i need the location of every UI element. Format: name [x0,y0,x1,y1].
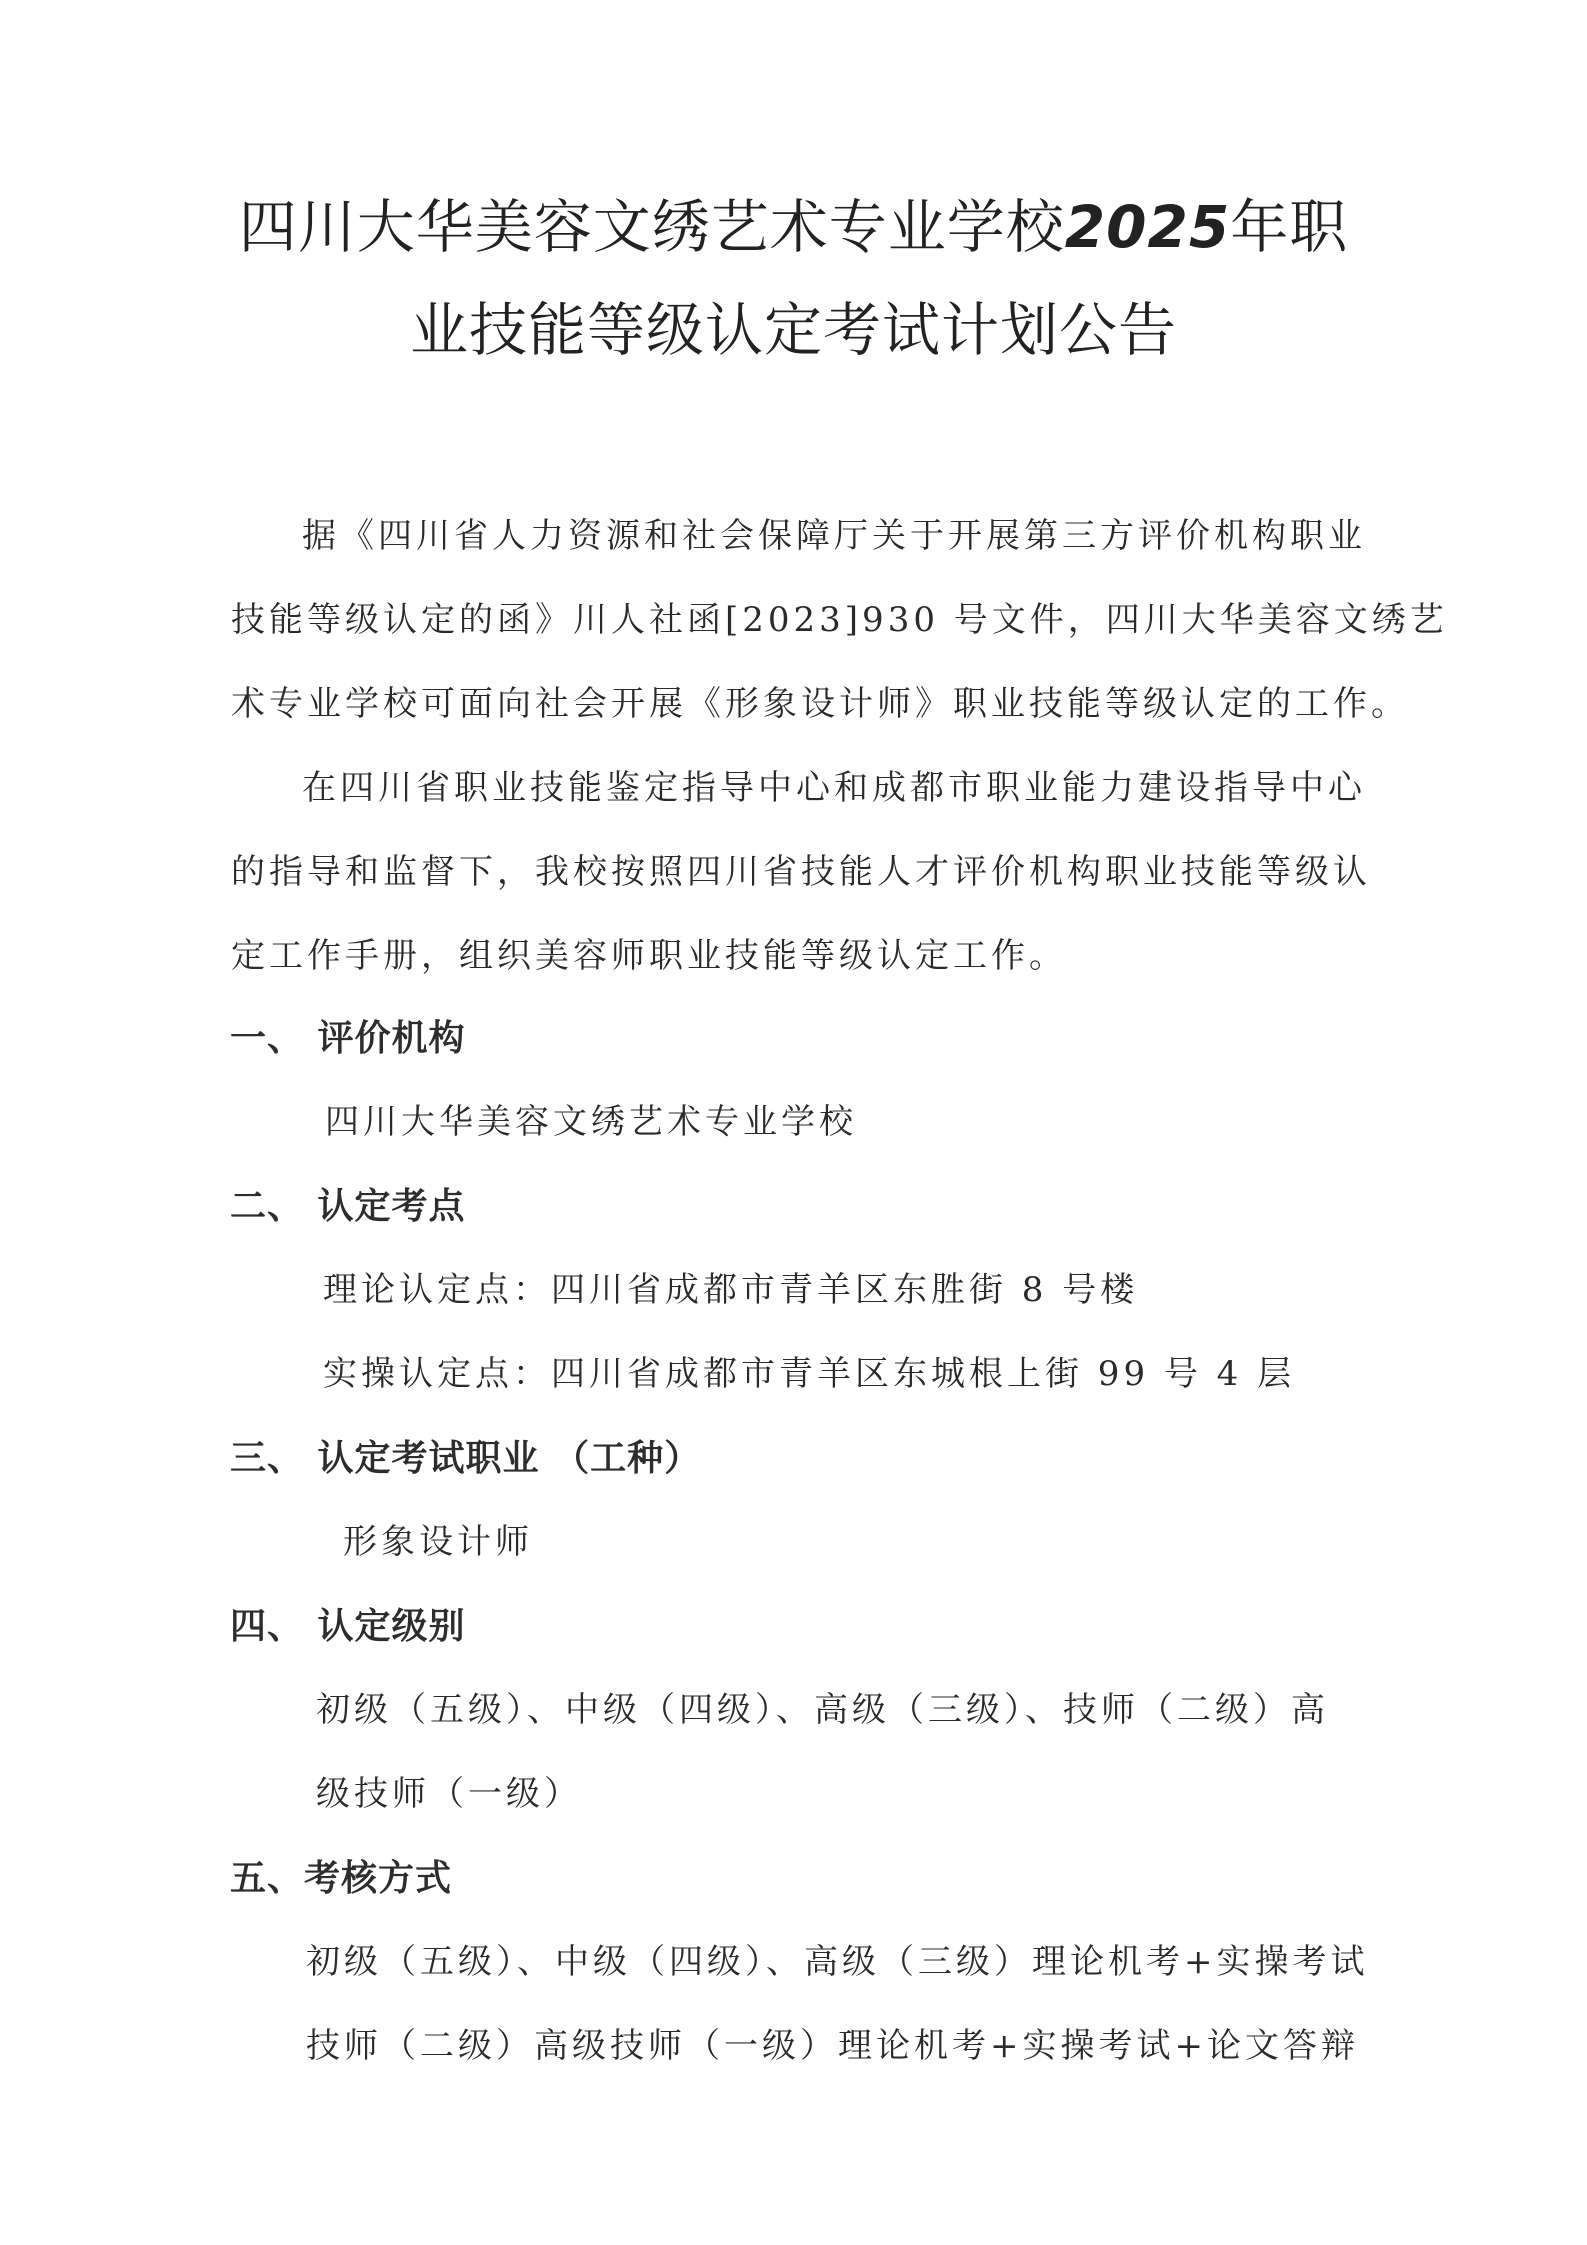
title-prefix: 四川大华美容文绣艺术专业学校 [239,193,1065,261]
title-year: 2025 [1065,193,1230,261]
section-4-line-2: 级技师（一级） [316,1766,582,1815]
section-heading-levels: 四、 认定级别 [230,1598,466,1649]
intro-paragraph-2-line-1: 在四川省职业技能鉴定指导中心和成都市职业能力建设指导中心 [302,760,1366,809]
intro-paragraph-2-line-3: 定工作手册，组织美容师职业技能等级认定工作。 [231,928,1067,977]
section-heading-occupation: 三、 认定考试职业 （工种） [230,1430,701,1481]
intro-paragraph-2-line-2: 的指导和监督下，我校按照四川省技能人才评价机构职业技能等级认 [231,844,1371,893]
section-heading-exam-sites: 二、 认定考点 [230,1178,466,1229]
intro-paragraph-1-line-1: 据《四川省人力资源和社会保障厅关于开展第三方评价机构职业 [302,508,1366,557]
section-1-line-1: 四川大华美容文绣艺术专业学校 [325,1094,857,1143]
section-2-theory-site: 理论认定点：四川省成都市青羊区东胜街 8 号楼 [323,1262,1138,1311]
section-2-practical-site: 实操认定点：四川省成都市青羊区东城根上街 99 号 4 层 [323,1346,1295,1395]
section-4-line-1: 初级（五级）、中级（四级）、高级（三级）、技师（二级）高 [316,1682,1329,1731]
section-heading-evaluation-institution: 一、 评价机构 [230,1010,466,1061]
document-title-line-2: 业技能等级认定考试计划公告 [0,283,1587,367]
section-3-line-1: 形象设计师 [343,1514,533,1563]
intro-paragraph-1-line-3: 术专业学校可面向社会开展《形象设计师》职业技能等级认定的工作。 [231,676,1409,725]
title-suffix: 年职 [1230,193,1348,261]
intro-paragraph-1-line-2: 技能等级认定的函》川人社函[2023]930 号文件，四川大华美容文绣艺 [231,592,1448,641]
section-5-line-2: 技师（二级）高级技师（一级）理论机考+实操考试+论文答辩 [306,2018,1359,2067]
document-page: 四川大华美容文绣艺术专业学校2025年职 业技能等级认定考试计划公告 据《四川省… [0,0,1587,2245]
document-title-line-1: 四川大华美容文绣艺术专业学校2025年职 [0,180,1587,264]
section-5-line-1: 初级（五级）、中级（四级）、高级（三级）理论机考+实操考试 [306,1934,1369,1983]
section-heading-assessment-method: 五、考核方式 [230,1850,452,1901]
